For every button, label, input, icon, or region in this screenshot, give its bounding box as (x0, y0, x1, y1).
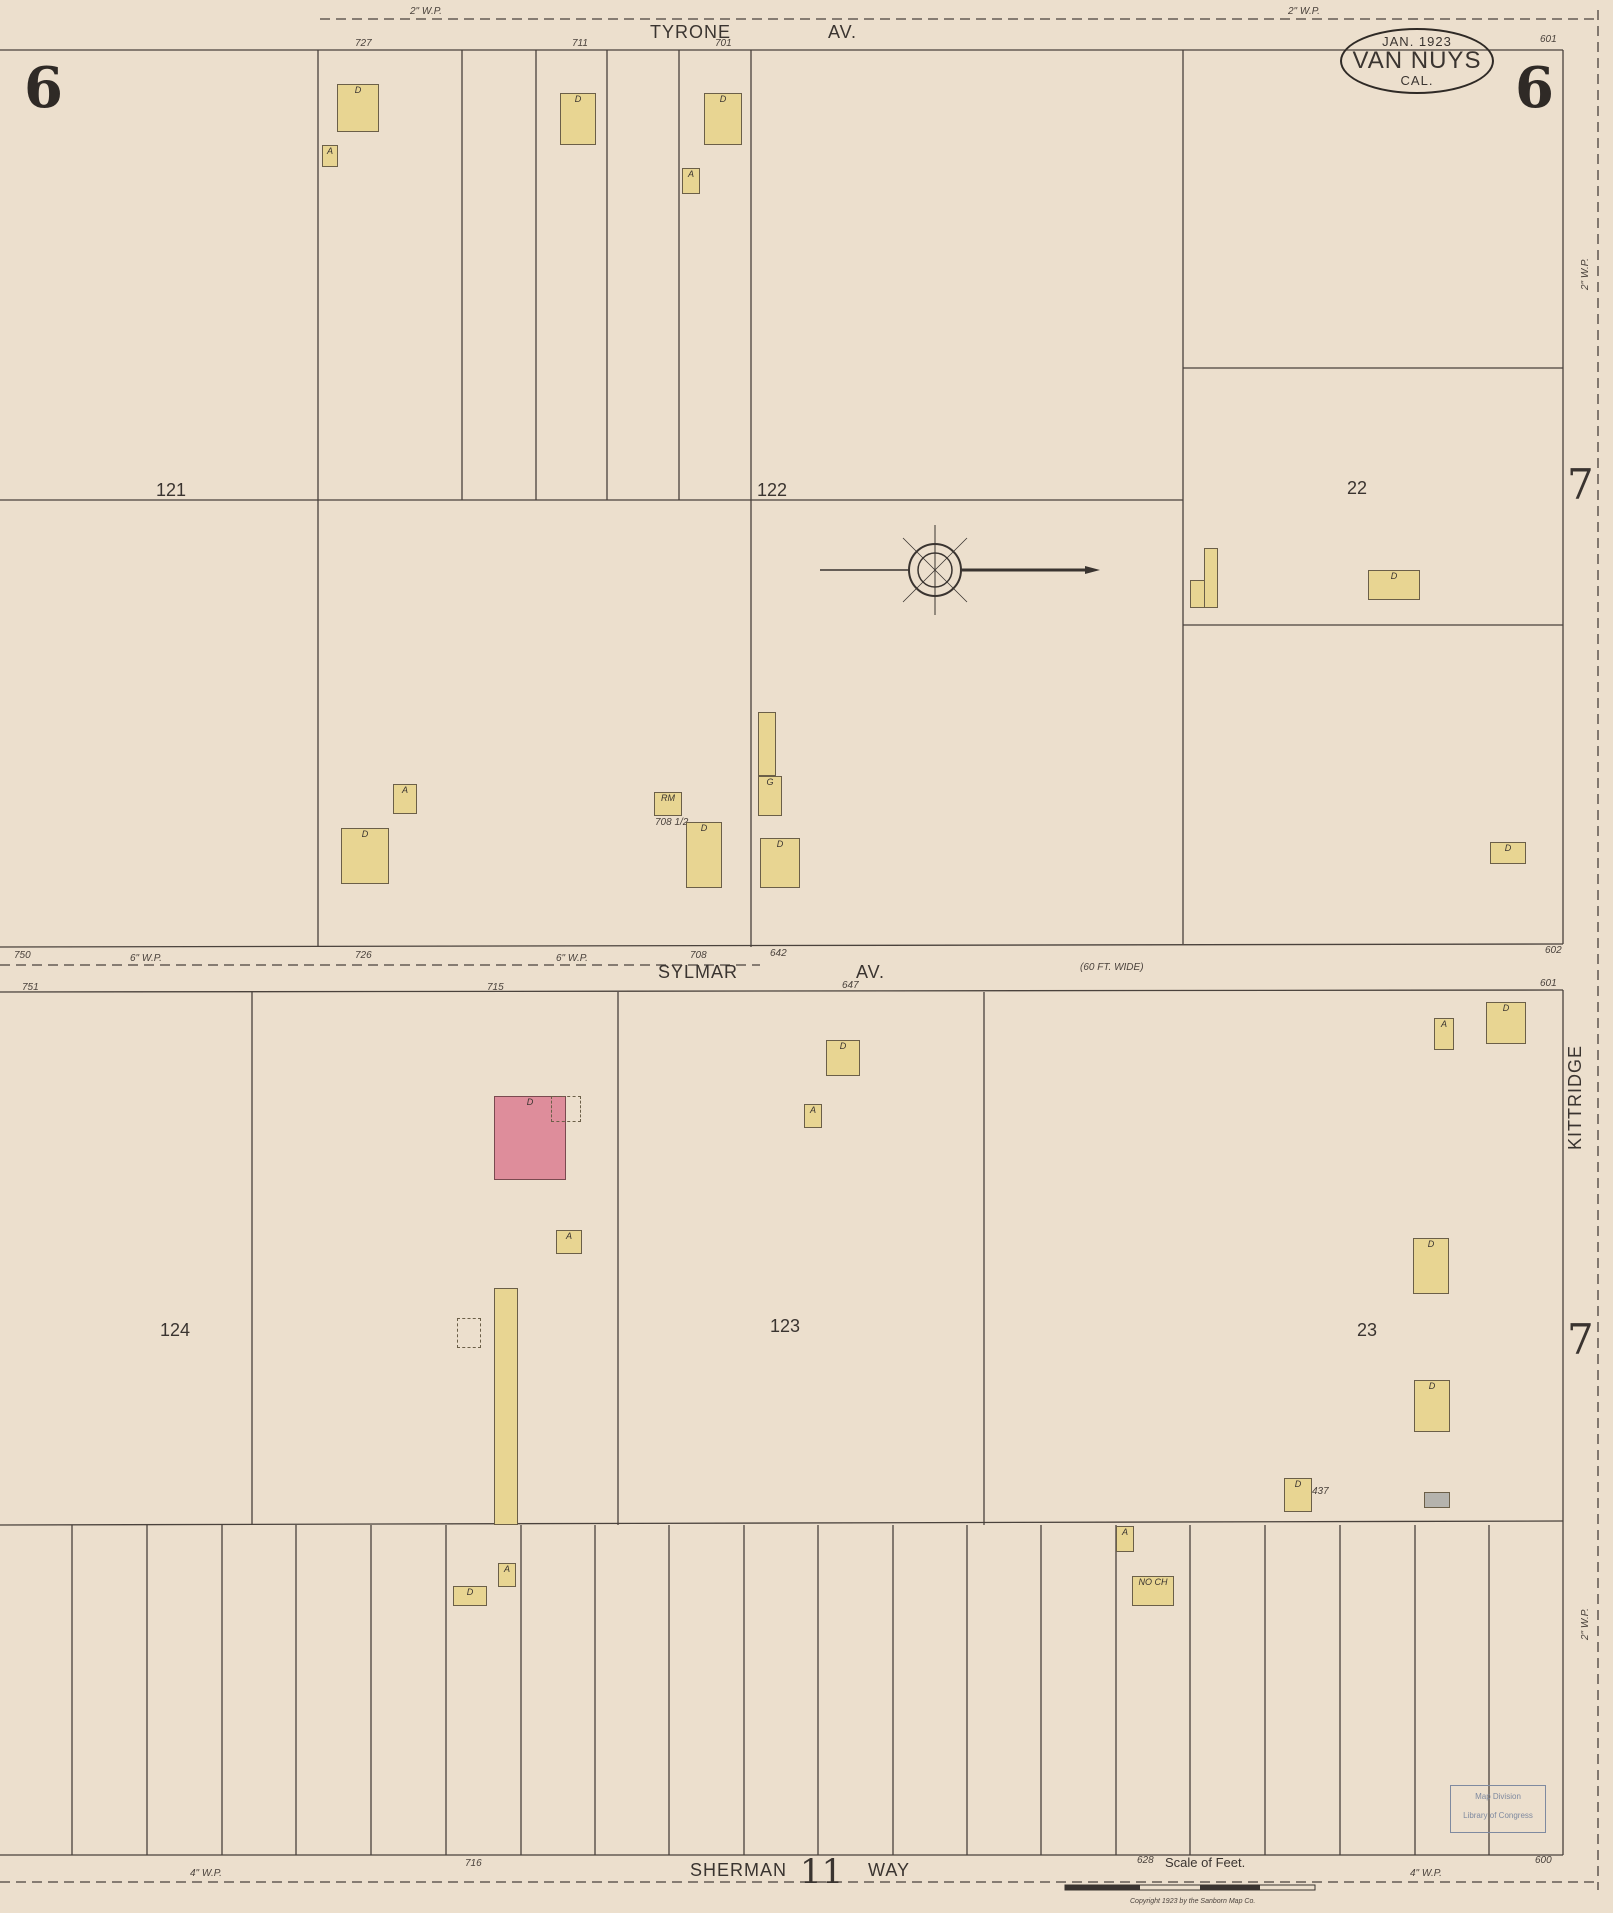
street-sylmar: SYLMAR (658, 962, 738, 983)
main-label-kittridge: 2" W.P. (1580, 258, 1591, 290)
building-dwelling: NO CH (1132, 1576, 1174, 1606)
building-dwelling: D (453, 1586, 487, 1606)
building-auto: A (1434, 1018, 1454, 1050)
building-auto: A (804, 1104, 822, 1128)
block-123: 123 (770, 1316, 800, 1337)
main-label-tyrone-east: 2" W.P. (1288, 6, 1320, 17)
main-label-sherman: 4" W.P. (190, 1868, 222, 1879)
building-garage: G (758, 776, 782, 816)
address: 750 (14, 950, 31, 961)
building-dwelling: D (1414, 1380, 1450, 1432)
address: 628 (1137, 1855, 1154, 1866)
building-auto: A (393, 784, 417, 814)
sheet-number-right: 6 (1515, 55, 1554, 121)
address: 711 (572, 38, 588, 49)
scale-bar (1065, 1885, 1315, 1890)
street-sylmar-suffix: AV. (856, 962, 885, 983)
address: 601 (1540, 34, 1557, 45)
address: 751 (22, 982, 39, 993)
library-stamp: Map Division Library of Congress (1450, 1785, 1546, 1833)
building-auto: A (556, 1230, 582, 1254)
building-dwelling: D (560, 93, 596, 145)
main-label-sherman-east: 4" W.P. (1410, 1868, 1442, 1879)
building-auto: A (682, 168, 700, 194)
building-dwelling: D (1368, 570, 1420, 600)
building-dwelling: D (337, 84, 379, 132)
address: 642 (770, 948, 787, 959)
copyright: Copyright 1923 by the Sanborn Map Co. (1130, 1898, 1255, 1905)
address: 701 (715, 38, 732, 49)
street-width-note: (60 FT. WIDE) (1080, 962, 1144, 973)
building-auto: A (1116, 1526, 1134, 1552)
building-auto: A (498, 1563, 516, 1587)
building-dwelling: D (1486, 1002, 1526, 1044)
building-small (1424, 1492, 1450, 1508)
address: 602 (1545, 945, 1562, 956)
address: 716 (465, 1858, 482, 1869)
map-state: CAL. (1342, 73, 1492, 88)
street-kittridge: KITTRIDGE (1565, 1045, 1586, 1150)
building-auto: A (322, 145, 338, 167)
street-tyrone-suffix: AV. (828, 22, 857, 43)
address: 708 1/2 (655, 817, 688, 828)
address: 727 (355, 38, 372, 49)
building-dwelling: D (760, 838, 800, 888)
block-122: 122 (757, 480, 787, 501)
adjacent-sheet-right-bottom: 7 (1567, 1315, 1594, 1364)
street-sherman: SHERMAN (690, 1860, 787, 1881)
building-dwelling: D (1284, 1478, 1312, 1512)
address: 647 (842, 980, 859, 991)
building-dwelling: D (1413, 1238, 1449, 1294)
building-shed (1204, 548, 1218, 608)
address: 601 (1540, 978, 1557, 989)
address: 708 (690, 950, 707, 961)
building-dwelling: D (686, 822, 722, 888)
main-label-tyrone: 2" W.P. (410, 6, 442, 17)
building-outline (457, 1318, 481, 1348)
building-dwelling: D (826, 1040, 860, 1076)
address: 715 (487, 982, 504, 993)
block-22: 22 (1347, 478, 1367, 499)
main-label-sylmar-2: 6" W.P. (556, 953, 588, 964)
sheet-number-left: 6 (24, 55, 63, 121)
scale-label: Scale of Feet. (1165, 1855, 1245, 1870)
building-dwelling: D (1490, 842, 1526, 864)
adjacent-sheet-bottom: 11 (800, 1852, 843, 1892)
building-shed (758, 712, 776, 776)
address: 726 (355, 950, 372, 961)
address: 600 (1535, 1855, 1552, 1866)
block-121: 121 (156, 480, 186, 501)
title-cartouche: JAN. 1923 VAN NUYS CAL. (1340, 28, 1494, 94)
main-label-kittridge-south: 2" W.P. (1580, 1608, 1591, 1640)
building-long-shed (494, 1288, 518, 1525)
main-label-sylmar: 6" W.P. (130, 953, 162, 964)
map-lines (0, 0, 1613, 1913)
building-porch (551, 1096, 581, 1122)
map-city: VAN NUYS (1342, 49, 1492, 73)
adjacent-sheet-right-top: 7 (1567, 460, 1594, 509)
block-23: 23 (1357, 1320, 1377, 1341)
address: 437 (1312, 1486, 1329, 1497)
building-dwelling: D (704, 93, 742, 145)
building-dwelling: D (341, 828, 389, 884)
sanborn-map-sheet: 6 6 JAN. 1923 VAN NUYS CAL. TYRONE AV. 2… (0, 0, 1613, 1913)
street-sherman-suffix: WAY (868, 1860, 910, 1881)
compass-rose-icon (820, 525, 1100, 615)
building-rm: RM (654, 792, 682, 816)
block-124: 124 (160, 1320, 190, 1341)
